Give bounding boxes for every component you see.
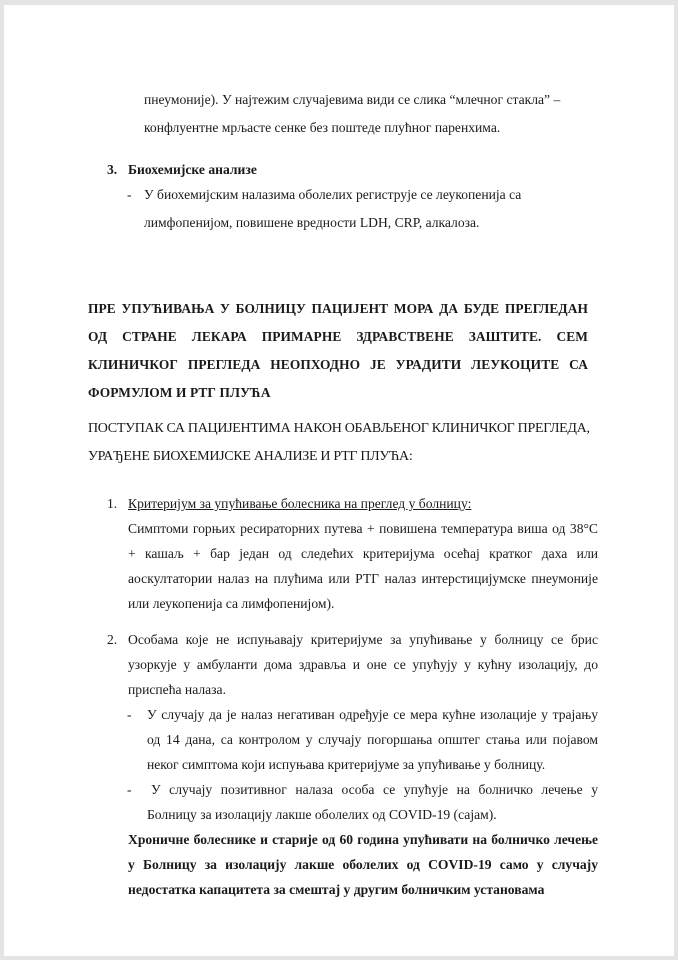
item-text: или леукопенија са лимфопенијом). bbox=[128, 589, 334, 618]
bullet-marker: - bbox=[127, 775, 132, 804]
notice-line: ОД СТРАНЕ ЛЕКАРА ПРИМАРНЕ ЗДРАВСТВЕНЕ ЗА… bbox=[88, 322, 588, 351]
bullet-text: У биохемијским налазима оболелих регистр… bbox=[144, 180, 521, 209]
notice-line: КЛИНИЧКОГ ПРЕГЛЕДА НЕОПХОДНО ЈЕ УРАДИТИ … bbox=[88, 350, 588, 379]
section-number: 3. bbox=[107, 155, 117, 184]
paragraph-line: конфлуентне мрљасте сенке без поштеде пл… bbox=[144, 113, 500, 142]
notice-line: ФОРМУЛОМ И РТГ ПЛУЋА bbox=[88, 378, 271, 407]
paragraph-line: пнеумоније). У најтежим случајевима види… bbox=[144, 85, 560, 114]
note-line: недостатка капацитета за смештај у други… bbox=[128, 875, 544, 904]
procedure-heading-line: ПОСТУПАК СА ПАЦИЈЕНТИМА НАКОН ОБАВЉЕНОГ … bbox=[88, 414, 590, 443]
item-number: 2. bbox=[107, 625, 117, 654]
notice-line: ПРЕ УПУЋИВАЊА У БОЛНИЦУ ПАЦИЈЕНТ МОРА ДА… bbox=[88, 294, 588, 323]
procedure-heading-line: УРАЂЕНЕ БИОХЕМИЈСКЕ АНАЛИЗЕ И РТГ ПЛУЋА: bbox=[88, 442, 412, 471]
bullet-text: лимфопенијом, повишене вредности LDH, CR… bbox=[144, 208, 479, 237]
item-number: 1. bbox=[107, 489, 117, 518]
document-page: пнеумоније). У најтежим случајевима види… bbox=[4, 5, 674, 956]
bullet-marker: - bbox=[127, 180, 132, 209]
bullet-marker: - bbox=[127, 700, 132, 729]
